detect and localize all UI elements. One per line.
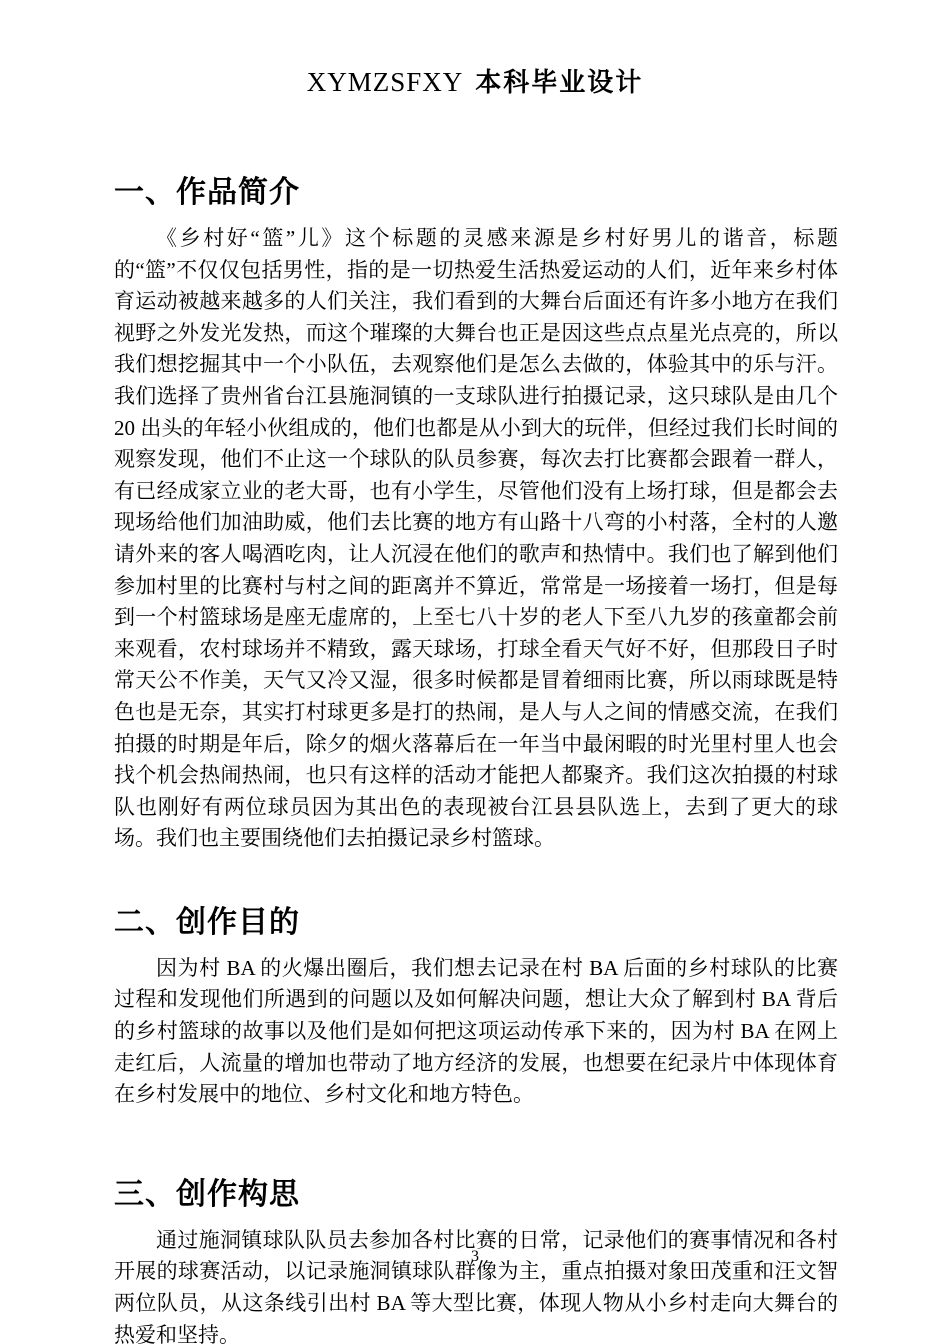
section-heading-creative-concept: 三、创作构思 xyxy=(114,1177,838,1213)
section-work-intro: 一、作品简介 《乡村好“篮”儿》这个标题的灵感来源是乡村好男儿的谐音，标题的“篮… xyxy=(114,175,838,855)
section-heading-creation-purpose: 二、创作目的 xyxy=(114,905,838,941)
page-number: 3 xyxy=(471,1248,479,1265)
page-header: XYMZSFXY 本科毕业设计 xyxy=(0,0,950,99)
header-school-code: XYMZSFXY xyxy=(307,67,464,97)
section-creation-purpose: 二、创作目的 因为村 BA 的火爆出圈后，我们想去记录在村 BA 后面的乡村球队… xyxy=(114,905,838,1111)
header-document-type: 本科毕业设计 xyxy=(475,68,643,98)
document-body: 一、作品简介 《乡村好“篮”儿》这个标题的灵感来源是乡村好男儿的谐音，标题的“篮… xyxy=(114,175,838,1344)
document-page: XYMZSFXY 本科毕业设计 一、作品简介 《乡村好“篮”儿》这个标题的灵感来… xyxy=(0,0,950,1344)
paragraph-creative-concept: 通过施洞镇球队队员去参加各村比赛的日常，记录他们的赛事情况和各村开展的球赛活动，… xyxy=(114,1225,838,1344)
paragraph-creation-purpose: 因为村 BA 的火爆出圈后，我们想去记录在村 BA 后面的乡村球队的比赛过程和发… xyxy=(114,953,838,1111)
section-heading-work-intro: 一、作品简介 xyxy=(114,175,838,211)
paragraph-work-intro: 《乡村好“篮”儿》这个标题的灵感来源是乡村好男儿的谐音，标题的“篮”不仅仅包括男… xyxy=(114,223,838,855)
page-footer: 3 xyxy=(0,1248,950,1266)
